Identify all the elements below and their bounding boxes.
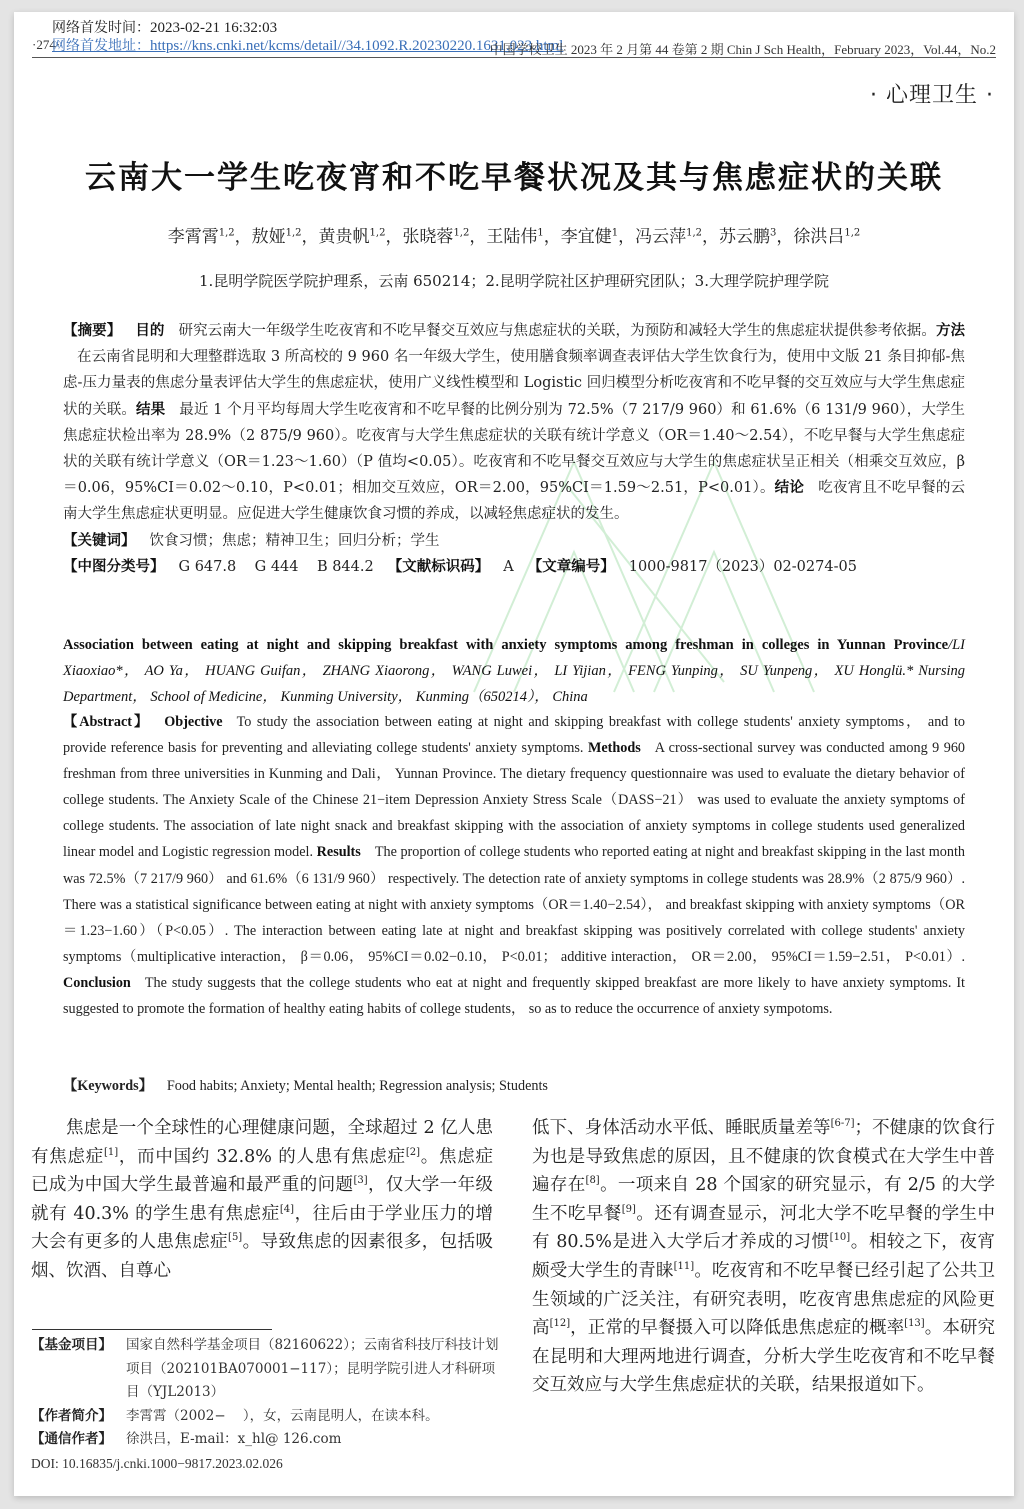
- citation-ref[interactable]: [6-7]: [831, 1118, 855, 1129]
- section-tag: · 心理卫生 ·: [870, 78, 994, 109]
- doi: DOI: 10.16835/j.cnki.1000−9817.2023.02.0…: [31, 1452, 501, 1476]
- abstract-zh: 【摘要】目的研究云南大一年级学生吃夜宵和不吃早餐交互效应与焦虑症状的关联，为预防…: [63, 318, 965, 580]
- author-name: 李宜健: [561, 227, 612, 247]
- online-publish-time: 网络首发时间：2023-02-21 16:32:03: [52, 17, 277, 37]
- header-rule: [32, 57, 996, 58]
- citation-ref[interactable]: [5]: [228, 1232, 242, 1243]
- author-name: 苏云鹏: [719, 227, 770, 247]
- online-publish-url[interactable]: 网络首发地址：https://kns.cnki.net/kcms/detail/…: [52, 35, 563, 55]
- affiliation-marker: 1,2: [286, 227, 302, 238]
- article-title: 云南大一学生吃夜宵和不吃早餐状况及其与焦虑症状的关联: [14, 152, 1014, 197]
- author-name: 冯云萍: [635, 227, 686, 247]
- author-name: 李霄霄: [168, 227, 219, 247]
- affiliation-marker: 1,2: [844, 227, 860, 238]
- english-title: Association between eating at night and …: [63, 637, 948, 653]
- paper-page: 网络首发时间：2023-02-21 16:32:03 ·274· 网络首发地址：…: [14, 12, 1014, 1496]
- keywords-en: 【Keywords】Food habits; Anxiety; Mental h…: [63, 1073, 965, 1099]
- citation-ref[interactable]: [10]: [830, 1232, 851, 1243]
- citation-ref[interactable]: [3]: [353, 1175, 367, 1186]
- author-name: 王陆伟: [486, 227, 537, 247]
- author-bio-note: 【作者简介】 李霄霄（2002− ），女，云南昆明人，在读本科。: [31, 1405, 501, 1429]
- affiliations: 1.昆明学院医学院护理系，云南 650214；2.昆明学院社区护理研究团队；3.…: [14, 270, 1014, 291]
- affiliation-marker: 1,2: [453, 227, 469, 238]
- author-name: 徐洪吕: [793, 227, 844, 247]
- journal-running-header: 中国学校卫生 2023 年 2 月第 44 卷第 2 期 Chin J Sch …: [490, 39, 996, 58]
- affiliation-marker: 1,2: [686, 227, 702, 238]
- author-name: 敖娅: [252, 227, 286, 247]
- citation-ref[interactable]: [13]: [904, 1318, 925, 1329]
- author-name: 黄贵帆: [319, 227, 370, 247]
- corresponding-author-note: 【通信作者】 徐洪吕，E-mail：x_hl@ 126.com: [31, 1428, 501, 1452]
- footnotes: 【基金项目】 国家自然科学基金项目（82160622）；云南省科技厅科技计划项目…: [31, 1334, 501, 1475]
- affiliation-marker: 1,2: [219, 227, 235, 238]
- abstract-en: 【Abstract】ObjectiveTo study the associat…: [63, 709, 965, 1022]
- citation-ref[interactable]: [1]: [104, 1147, 118, 1158]
- citation-ref[interactable]: [2]: [406, 1147, 420, 1158]
- classification-row: 【中图分类号】G 647.8 G 444 B 844.2【文献标识码】A【文章编…: [63, 554, 965, 580]
- body-column-left: 焦虑是一个全球性的心理健康问题，全球超过 2 亿人患有焦虑症[1]，而中国约 3…: [31, 1114, 493, 1286]
- citation-ref[interactable]: [9]: [622, 1204, 636, 1215]
- fund-note: 【基金项目】 国家自然科学基金项目（82160622）；云南省科技厅科技计划项目…: [31, 1334, 501, 1405]
- footnote-rule: [32, 1329, 272, 1330]
- citation-ref[interactable]: [4]: [280, 1204, 294, 1215]
- citation-ref[interactable]: [12]: [550, 1318, 571, 1329]
- body-column-right: 低下、身体活动水平低、睡眠质量差等[6-7]；不健康的饮食行为也是导致焦虑的原因…: [532, 1114, 995, 1400]
- author-list: 李霄霄1,2，敖娅1,2，黄贵帆1,2，张晓蓉1,2，王陆伟1，李宜健1，冯云萍…: [14, 222, 1014, 247]
- author-name: 张晓蓉: [402, 227, 453, 247]
- keywords-zh: 【关键词】饮食习惯；焦虑；精神卫生；回归分析；学生: [63, 528, 965, 554]
- citation-ref[interactable]: [11]: [674, 1261, 695, 1272]
- citation-ref[interactable]: [8]: [586, 1175, 600, 1186]
- abstract-en-heading: Association between eating at night and …: [63, 632, 965, 710]
- affiliation-marker: 1,2: [370, 227, 386, 238]
